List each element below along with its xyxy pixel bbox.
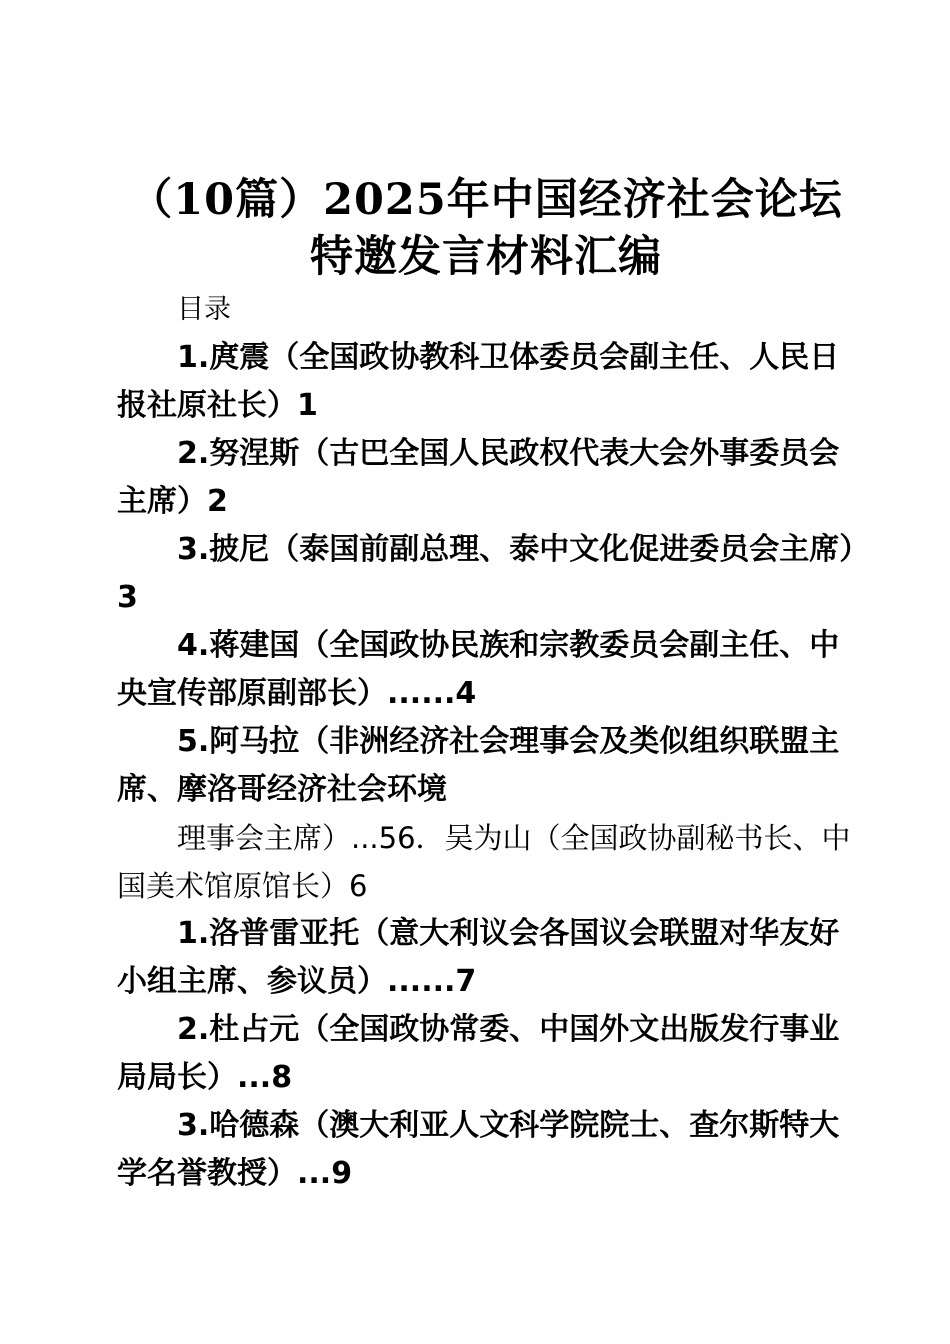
toc-entry: 3.披尼（泰国前副总理、泰中文化促进委员会主席）3 <box>117 526 855 622</box>
document-page: （10篇）2025年中国经济社会论坛特邀发言材料汇编 目录 1.庹震（全国政协教… <box>0 0 950 1344</box>
toc-entry: 1.庹震（全国政协教科卫体委员会副主任、人民日报社原社长）1 <box>117 334 855 430</box>
toc-entry: 1.洛普雷亚托（意大利议会各国议会联盟对华友好小组主席、参议员）......7 <box>117 910 855 1006</box>
toc-list: 1.庹震（全国政协教科卫体委员会副主任、人民日报社原社长）12.努涅斯（古巴全国… <box>117 334 855 1198</box>
toc-entry: 2.杜占元（全国政协常委、中国外文出版发行事业局局长）...8 <box>117 1006 855 1102</box>
toc-entry: 4.蒋建国（全国政协民族和宗教委员会副主任、中央宣传部原副部长）......4 <box>117 622 855 718</box>
document-title: （10篇）2025年中国经济社会论坛特邀发言材料汇编 <box>117 172 855 286</box>
toc-entry: 5.阿马拉（非洲经济社会理事会及类似组织联盟主席、摩洛哥经济社会环境 <box>117 718 855 814</box>
toc-heading: 目录 <box>117 286 855 334</box>
toc-entry: 2.努涅斯（古巴全国人民政权代表大会外事委员会主席）2 <box>117 430 855 526</box>
toc-entry: 理事会主席）...56．吴为山（全国政协副秘书长、中国美术馆原馆长）6 <box>117 814 855 910</box>
toc-entry: 3.哈德森（澳大利亚人文科学院院士、查尔斯特大学名誉教授）...9 <box>117 1102 855 1198</box>
